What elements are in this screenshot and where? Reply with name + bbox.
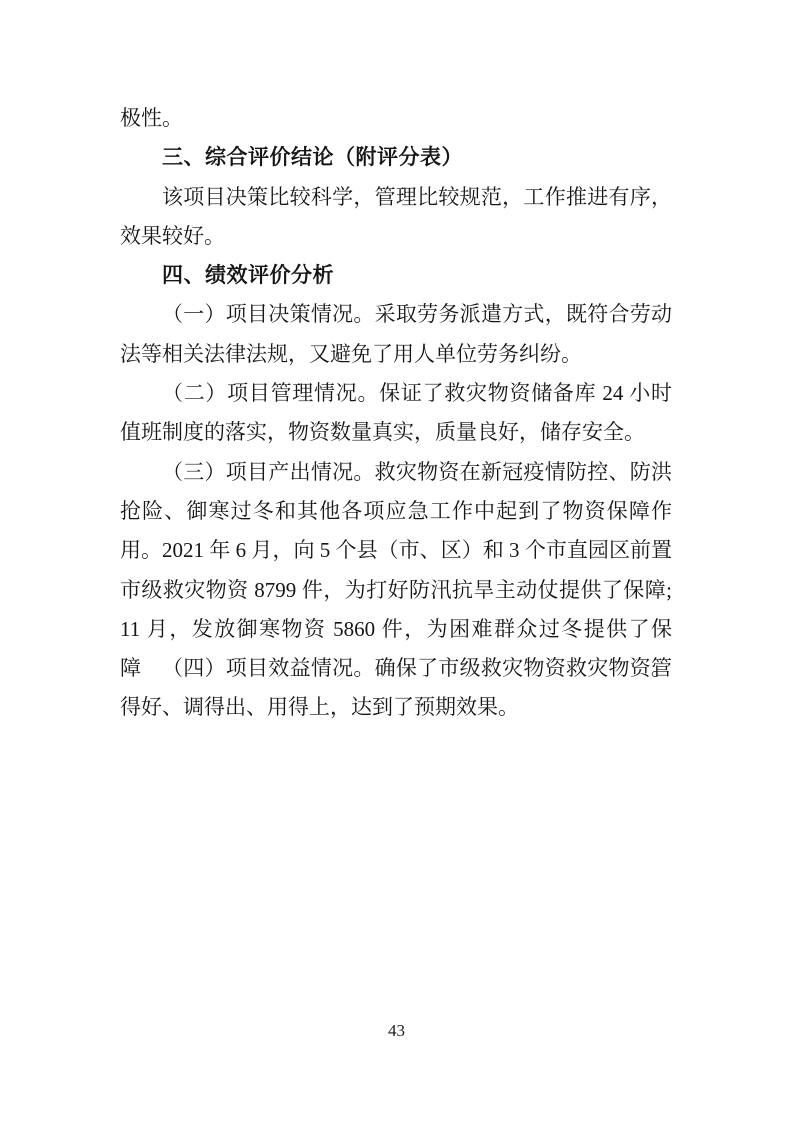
text-line: （一）项目决策情况。采取劳务派遣方式，既符合劳动: [120, 295, 672, 334]
text-line: 效果较好。: [120, 217, 672, 256]
text-line: 法等相关法律法规，又避免了用人单位劳务纠纷。: [120, 335, 672, 374]
text-line: 11 月，发放御寒物资 5860 件，为困难群众过冬提供了保障。: [120, 610, 672, 649]
text-line: （四）项目效益情况。确保了市级救灾物资救灾物资管: [120, 649, 672, 688]
section-heading-3: 三、综合评价结论（附评分表）: [120, 138, 672, 177]
text-line: 极性。: [120, 99, 672, 138]
section-heading-4: 四、绩效评价分析: [120, 256, 672, 295]
document-body: 极性。 三、综合评价结论（附评分表） 该项目决策比较科学，管理比较规范，工作推进…: [120, 99, 672, 728]
text-line: 市级救灾物资 8799 件，为打好防汛抗旱主动仗提供了保障;: [120, 571, 672, 610]
text-line: （二）项目管理情况。保证了救灾物资储备库 24 小时: [120, 374, 672, 413]
text-line: （三）项目产出情况。救灾物资在新冠疫情防控、防洪: [120, 453, 672, 492]
document-page: 极性。 三、综合评价结论（附评分表） 该项目决策比较科学，管理比较规范，工作推进…: [0, 0, 793, 1122]
text-line: 该项目决策比较科学，管理比较规范，工作推进有序，: [120, 178, 672, 217]
text-line: 抢险、御寒过冬和其他各项应急工作中起到了物资保障作: [120, 492, 672, 531]
text-line: 值班制度的落实，物资数量真实，质量良好，储存安全。: [120, 413, 672, 452]
page-number: 43: [0, 1021, 793, 1041]
text-line: 得好、调得出、用得上，达到了预期效果。: [120, 688, 672, 727]
text-line: 用。2021 年 6 月，向 5 个县（市、区）和 3 个市直园区前置: [120, 531, 672, 570]
